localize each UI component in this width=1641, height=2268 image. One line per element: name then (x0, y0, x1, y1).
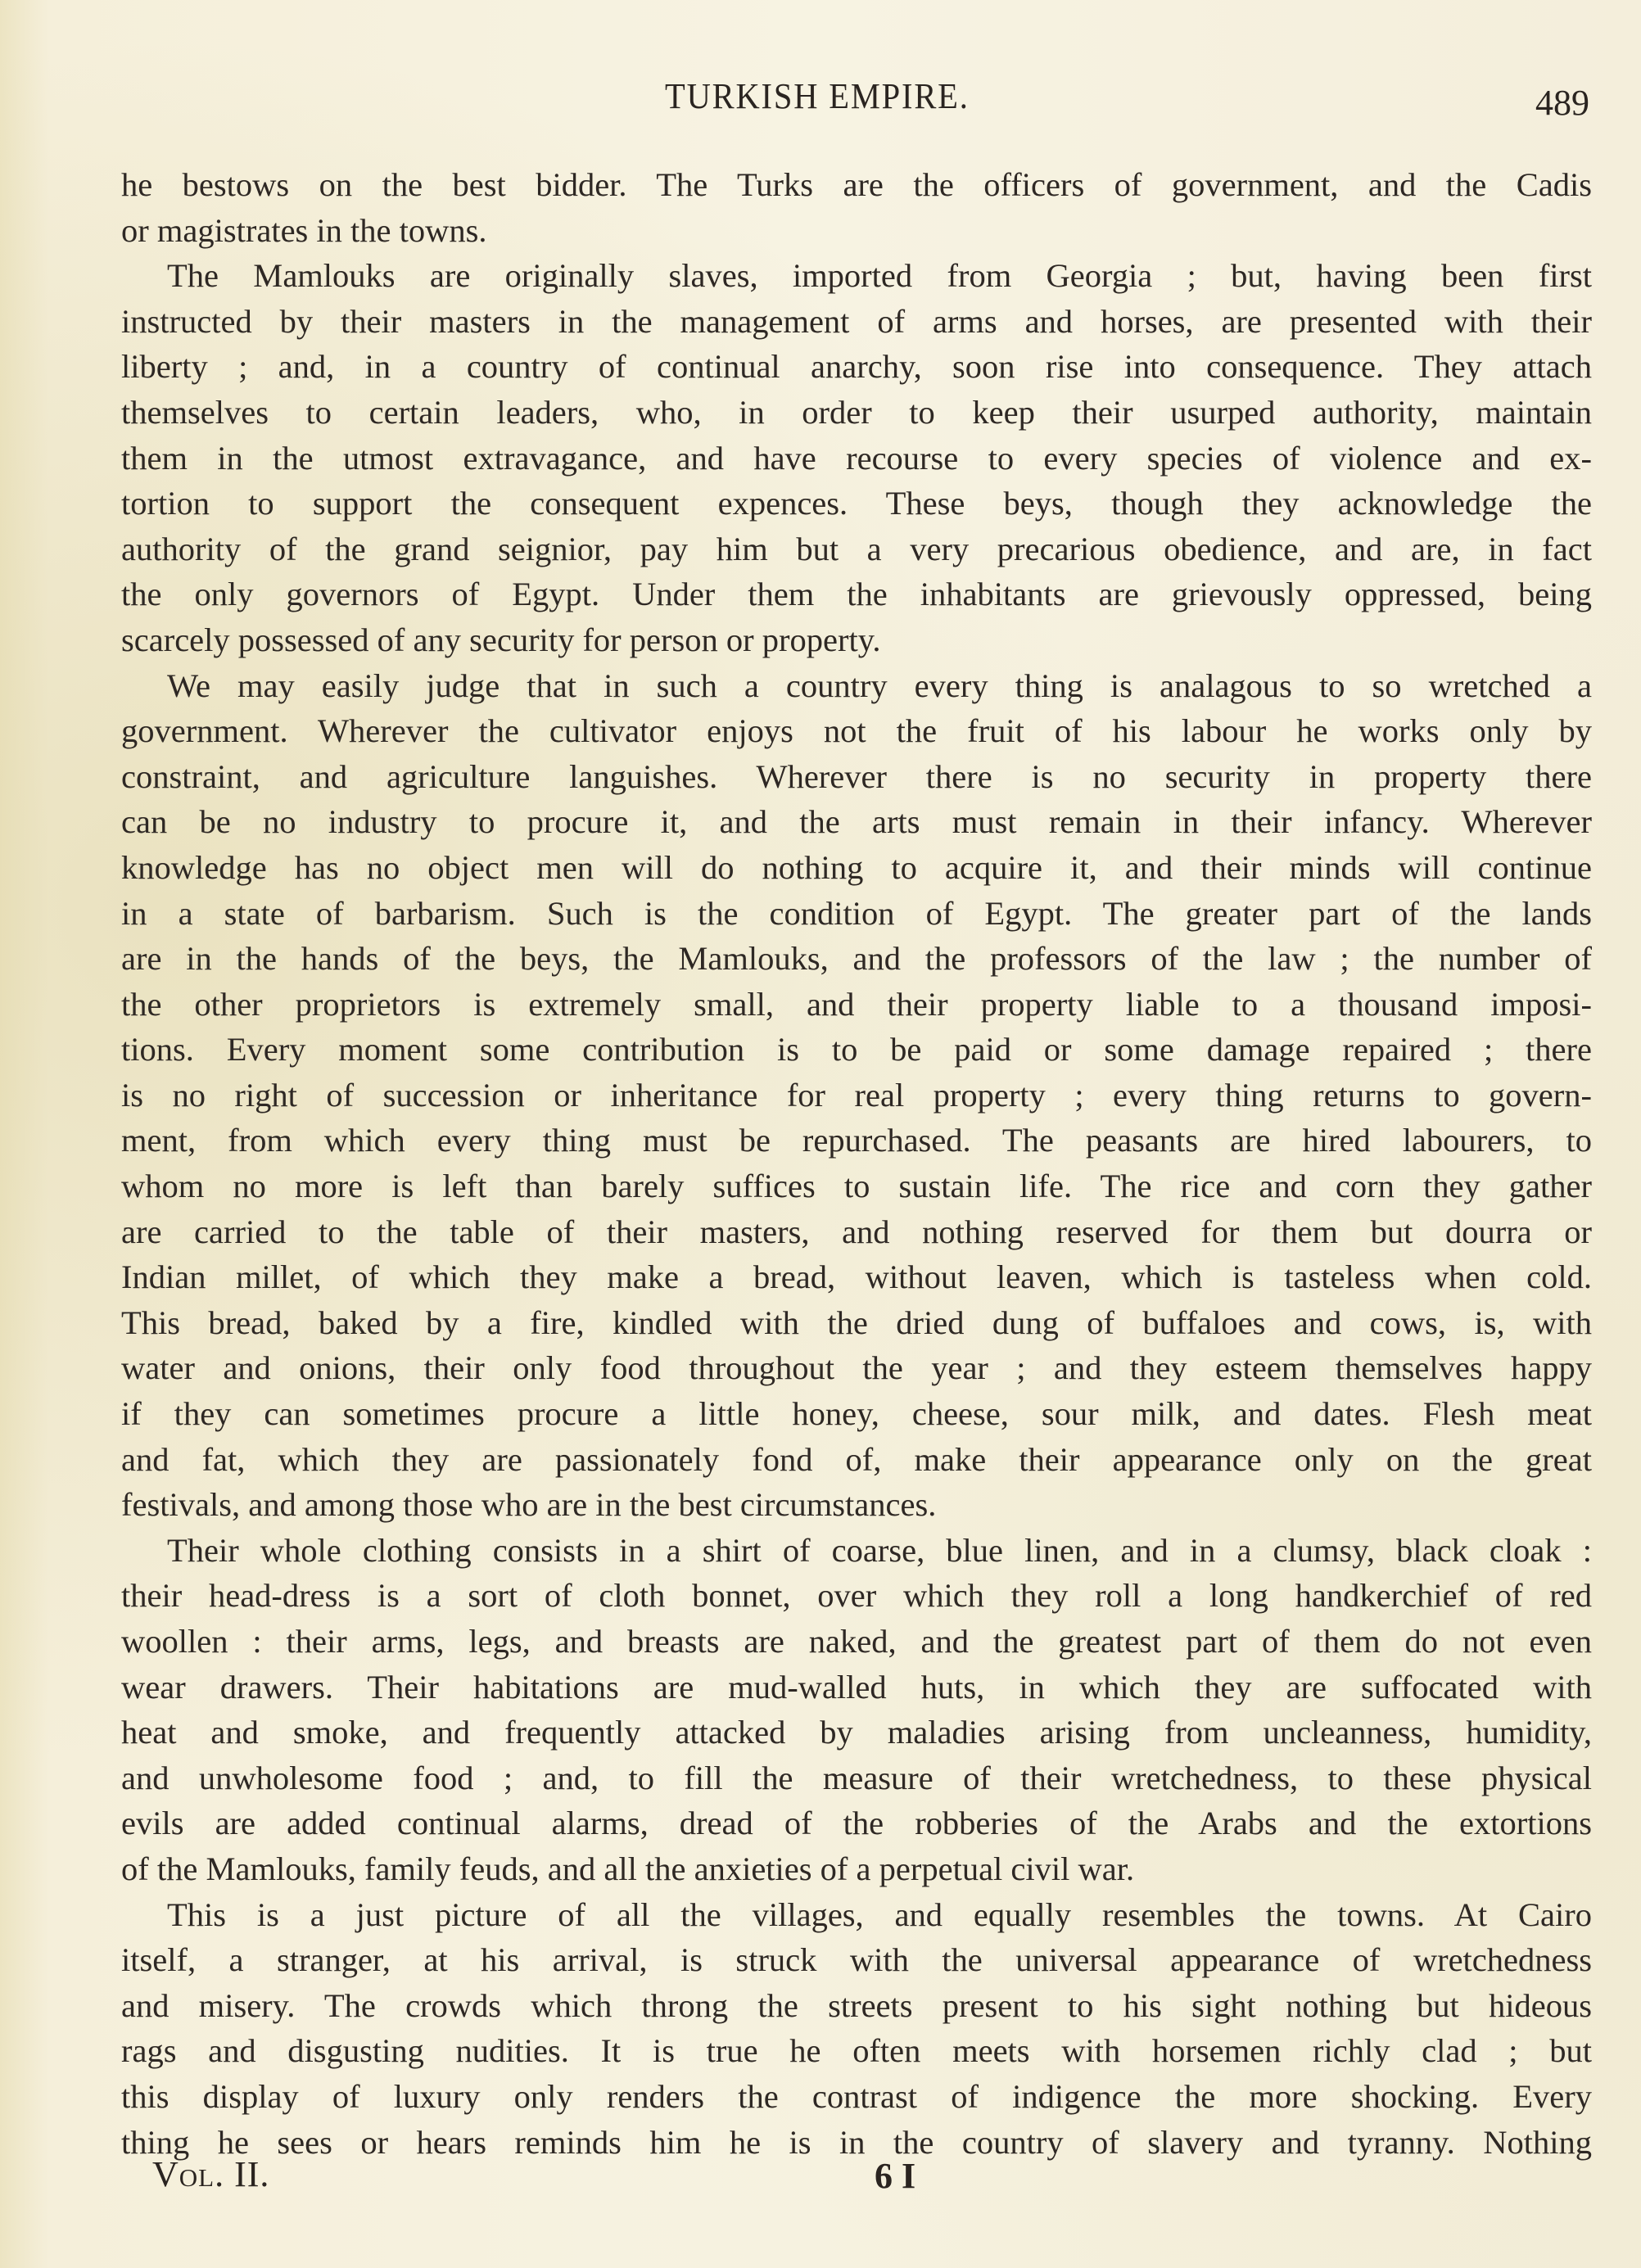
body-text: he bestows on the best bidder. The Turks… (121, 162, 1592, 2165)
text-line: Their whole clothing consists in a shirt… (121, 1528, 1592, 1574)
text-line: ment, from which every thing must be rep… (121, 1118, 1592, 1163)
page-number: 489 (1535, 82, 1589, 124)
text-line: if they can sometimes procure a little h… (121, 1391, 1592, 1437)
text-line: this display of luxury only renders the … (121, 2074, 1592, 2120)
text-line: and unwholesome food ; and, to fill the … (121, 1755, 1592, 1801)
text-line: heat and smoke, and frequently attacked … (121, 1710, 1592, 1755)
text-line: and misery. The crowds which throng the … (121, 1983, 1592, 2029)
text-line: instructed by their masters in the manag… (121, 299, 1592, 345)
text-line: This bread, baked by a fire, kindled wit… (121, 1300, 1592, 1346)
text-line: the other proprietors is extremely small… (121, 982, 1592, 1028)
text-line: festivals, and among those who are in th… (121, 1482, 1592, 1528)
text-line: itself, a stranger, at his arrival, is s… (121, 1937, 1592, 1983)
text-line: constraint, and agriculture languishes. … (121, 754, 1592, 800)
running-head: TURKISH EMPIRE. 489 (0, 75, 1641, 124)
running-head-title: TURKISH EMPIRE. (665, 75, 970, 117)
text-line: We may easily judge that in such a count… (121, 663, 1592, 709)
text-line: and fat, which they are passionately fon… (121, 1437, 1592, 1483)
text-line: evils are added continual alarms, dread … (121, 1800, 1592, 1846)
text-line: liberty ; and, in a country of continual… (121, 344, 1592, 390)
text-line: authority of the grand seignior, pay him… (121, 526, 1592, 572)
volume-label: Vol. II. (152, 2153, 269, 2195)
text-line: This is a just picture of all the villag… (121, 1892, 1592, 1938)
text-line: themselves to certain leaders, who, in o… (121, 390, 1592, 436)
text-line: can be no industry to procure it, and th… (121, 799, 1592, 845)
text-line: he bestows on the best bidder. The Turks… (121, 162, 1592, 208)
text-line: knowledge has no object men will do noth… (121, 845, 1592, 891)
text-line: Indian millet, of which they make a brea… (121, 1254, 1592, 1300)
text-line: are carried to the table of their master… (121, 1209, 1592, 1255)
page-footer: Vol. II. 6 I (0, 2153, 1641, 2219)
text-line: woollen : their arms, legs, and breasts … (121, 1619, 1592, 1665)
text-line: scarcely possessed of any security for p… (121, 617, 1592, 663)
text-line: water and onions, their only food throug… (121, 1345, 1592, 1391)
text-line: wear drawers. Their habitations are mud-… (121, 1665, 1592, 1710)
text-line: is no right of succession or inheritance… (121, 1073, 1592, 1118)
printer-signature-mark: 6 I (875, 2155, 915, 2197)
text-line: are in the hands of the beys, the Mamlou… (121, 936, 1592, 982)
book-page: TURKISH EMPIRE. 489 he bestows on the be… (0, 0, 1641, 2268)
text-line: whom no more is left than barely suffice… (121, 1163, 1592, 1209)
text-line: tions. Every moment some contribution is… (121, 1027, 1592, 1073)
text-line: of the Mamlouks, family feuds, and all t… (121, 1846, 1592, 1892)
text-line: their head-dress is a sort of cloth bonn… (121, 1573, 1592, 1619)
text-line: the only governors of Egypt. Under them … (121, 572, 1592, 617)
text-line: tortion to support the consequent expenc… (121, 481, 1592, 526)
text-line: in a state of barbarism. Such is the con… (121, 891, 1592, 937)
text-line: rags and disgusting nudities. It is true… (121, 2028, 1592, 2074)
text-line: The Mamlouks are originally slaves, impo… (121, 253, 1592, 299)
text-line: them in the utmost extravagance, and hav… (121, 436, 1592, 481)
text-line: government. Wherever the cultivator enjo… (121, 708, 1592, 754)
text-line: or magistrates in the towns. (121, 208, 1592, 254)
